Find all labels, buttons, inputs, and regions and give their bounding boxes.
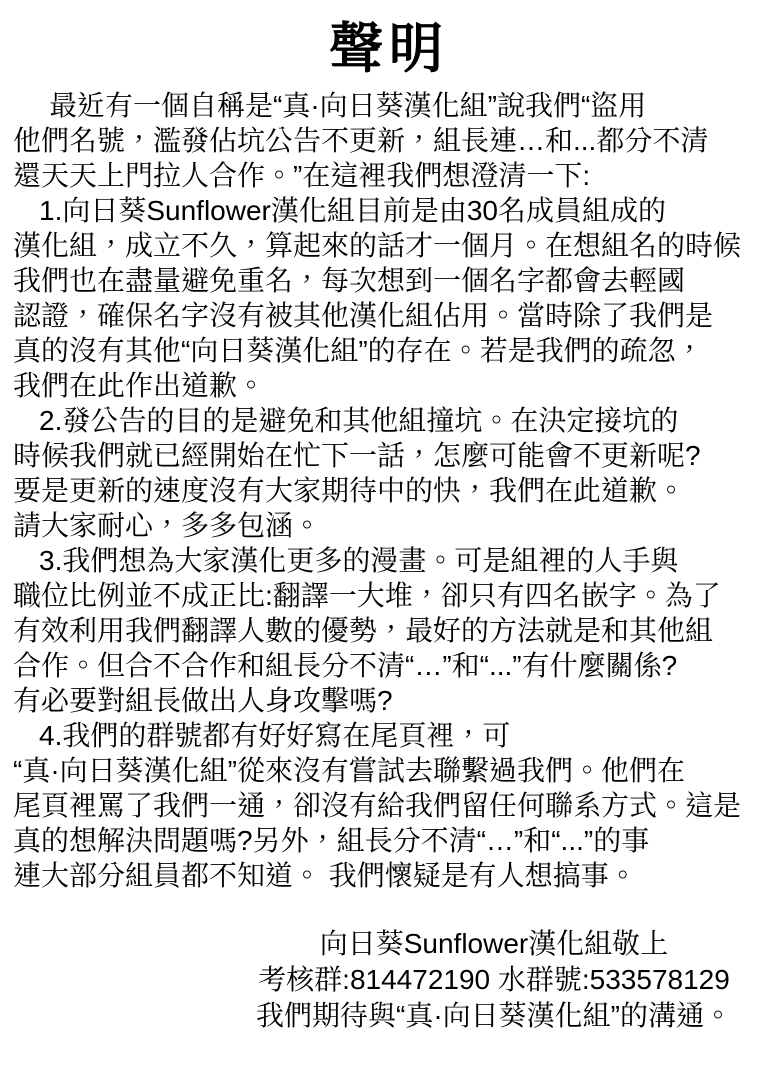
page-title: 聲明: [13, 20, 759, 78]
point-1-paragraph: 1.向日葵Sunflower漢化組目前是由30名成員組成的 漢化組，成立不久，算…: [13, 193, 759, 403]
point-4-paragraph: 4.我們的群號都有好好寫在尾頁裡，可 “真·向日葵漢化組”從來沒有嘗試去聯繫過我…: [13, 718, 759, 893]
statement-body: 最近有一個自稱是“真·向日葵漢化組”說我們“盜用 他們名號，濫發佔坑公告不更新，…: [13, 88, 759, 893]
signature-line: 向日葵Sunflower漢化組敬上: [233, 926, 755, 962]
point-2-paragraph: 2.發公告的目的是避免和其他組撞坑。在決定接坑的 時候我們就已經開始在忙下一話，…: [13, 403, 759, 543]
contact-group-numbers: 考核群:814472190 水群號:533578129: [233, 962, 755, 998]
closing-line: 我們期待與“真·向日葵漢化組”的溝通。: [233, 998, 755, 1034]
statement-page: 聲明 最近有一個自稱是“真·向日葵漢化組”說我們“盜用 他們名號，濫發佔坑公告不…: [0, 0, 767, 1078]
signature-block: 向日葵Sunflower漢化組敬上 考核群:814472190 水群號:5335…: [233, 926, 755, 1034]
point-3-paragraph: 3.我們想為大家漢化更多的漫畫。可是組裡的人手與 職位比例並不成正比:翻譯一大堆…: [13, 543, 759, 718]
intro-paragraph: 最近有一個自稱是“真·向日葵漢化組”說我們“盜用 他們名號，濫發佔坑公告不更新，…: [13, 88, 759, 193]
